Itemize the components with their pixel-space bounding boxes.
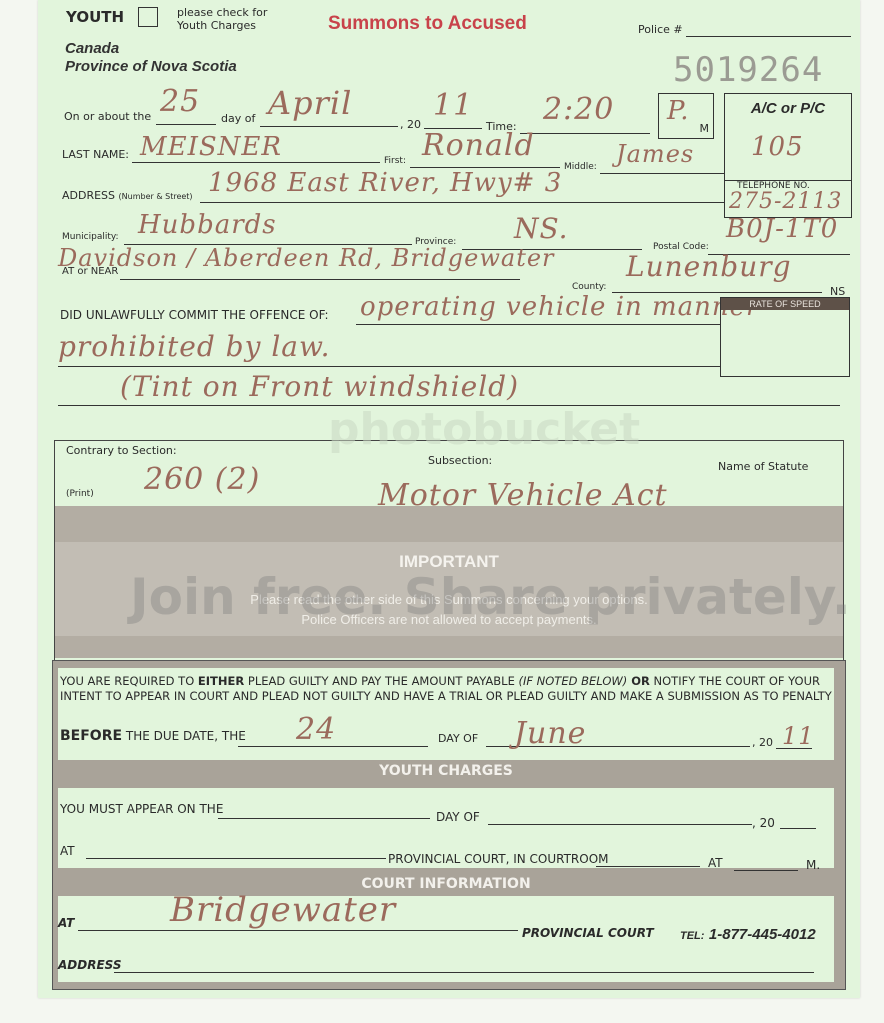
at-near-value: Davidson / Aberdeen Rd, Bridgewater <box>58 244 555 272</box>
postal-code-value: B0J-1T0 <box>726 214 838 244</box>
middle-name-field[interactable] <box>600 173 724 174</box>
appear-year-prefix: , 20 <box>752 816 775 830</box>
youth-label: YOUTH <box>66 8 124 26</box>
time-field[interactable] <box>520 133 650 134</box>
offence-label: DID UNLAWFULLY COMMIT THE OFFENCE OF: <box>60 308 329 322</box>
plea-text-a: YOU ARE REQUIRED TO <box>60 674 198 688</box>
appear-time-at-label: AT <box>708 856 723 870</box>
at-near-field[interactable] <box>120 279 520 280</box>
day-field[interactable] <box>156 124 216 125</box>
court-address-field[interactable] <box>114 972 814 973</box>
youth-charges-heading: YOUTH CHARGES <box>58 760 834 782</box>
month-field[interactable] <box>260 126 398 127</box>
appear-m-label: M. <box>806 858 820 872</box>
important-panel: IMPORTANT Please read the other side of … <box>55 542 843 636</box>
offence-line-2[interactable] <box>58 366 720 367</box>
ac-pc-box[interactable]: A/C or P/C 105 <box>724 93 852 181</box>
court-at-value: Bridgewater <box>170 890 396 930</box>
plea-text-if-noted: (IF NOTED BELOW) <box>519 674 628 688</box>
ac-pc-label: A/C or P/C <box>725 100 851 117</box>
province-name: Province of Nova Scotia <box>65 58 237 76</box>
ampm-box[interactable]: P. M <box>658 93 714 139</box>
appear-at-field[interactable] <box>86 858 386 859</box>
court-telephone: TEL: 1-877-445-4012 <box>680 926 816 944</box>
appear-at-label: AT <box>60 844 75 858</box>
address-field[interactable] <box>200 202 724 203</box>
youth-note: please check for Youth Charges <box>177 6 267 32</box>
appear-month-field[interactable] <box>488 824 752 825</box>
courtroom-field[interactable] <box>596 866 700 867</box>
address-value: 1968 East River, Hwy# 3 <box>208 168 562 198</box>
youth-note-line2: Youth Charges <box>177 19 267 32</box>
offence-value-1: operating vehicle in manner <box>360 292 759 322</box>
appear-year-field[interactable] <box>780 828 816 829</box>
youth-checkbox[interactable] <box>138 7 158 27</box>
jurisdiction: Canada Province of Nova Scotia <box>65 40 237 76</box>
due-year-value: 11 <box>782 722 815 750</box>
province-value: NS. <box>514 212 569 245</box>
offence-line-1[interactable] <box>356 324 720 325</box>
due-day-of-label: DAY OF <box>438 732 478 745</box>
youth-charges-section: YOU MUST APPEAR ON THE DAY OF , 20 AT PR… <box>58 788 834 868</box>
day-of-label: day of <box>221 112 255 125</box>
last-name-label: LAST NAME: <box>62 148 129 161</box>
plea-text-or: OR <box>627 674 650 688</box>
court-address-label: ADDRESS <box>58 958 122 972</box>
ticket-number: 5019264 <box>673 50 823 90</box>
rate-of-speed-value <box>721 310 849 376</box>
due-month-value: June <box>514 716 586 751</box>
year-prefix: , 20 <box>400 118 421 131</box>
print-label: (Print) <box>66 489 94 499</box>
county-label: County: <box>572 282 606 292</box>
plea-text-f: NOTIFY THE COURT OF YOUR <box>650 674 820 688</box>
plea-text-c: PLEAD GUILTY AND PAY THE AMOUNT PAYABLE <box>244 674 518 688</box>
due-day-value: 24 <box>296 712 336 747</box>
telephone-value: 275-2113 <box>729 189 842 214</box>
country: Canada <box>65 40 237 58</box>
provincial-court-label: PROVINCIAL COURT <box>522 926 654 940</box>
offence-line-3[interactable] <box>58 405 840 406</box>
important-heading: IMPORTANT <box>55 552 843 572</box>
ac-pc-value: 105 <box>751 132 804 162</box>
telephone-box[interactable]: TELEPHONE NO. 275-2113 <box>724 179 852 218</box>
address-sub-label: (Number & Street) <box>119 192 193 201</box>
time-value: 2:20 <box>543 92 614 127</box>
police-number-field[interactable] <box>686 36 851 37</box>
subsection-label: Subsection: <box>428 454 492 467</box>
middle-name-value: James <box>616 140 694 168</box>
appear-day-of-label: DAY OF <box>436 810 480 824</box>
tel-value: 1-877-445-4012 <box>709 926 816 943</box>
appear-day-field[interactable] <box>218 818 430 819</box>
year-value: 11 <box>433 88 473 123</box>
ampm-value: P. <box>667 96 690 126</box>
month-value: April <box>268 84 352 122</box>
before-label: BEFORE THE DUE DATE, THE <box>60 728 246 744</box>
plea-text-line-2: INTENT TO APPEAR IN COURT AND PLEAD NOT … <box>60 689 832 703</box>
court-at-label: AT <box>58 916 74 930</box>
police-number-label: Police # <box>638 23 683 36</box>
plea-section: YOU ARE REQUIRED TO EITHER PLEAD GUILTY … <box>58 668 834 760</box>
on-about-label: On or about the <box>64 110 151 123</box>
rate-of-speed-label: RATE OF SPEED <box>721 298 849 310</box>
last-name-value: MEISNER <box>140 132 282 162</box>
due-year-prefix: , 20 <box>752 736 773 749</box>
municipality-value: Hubbards <box>138 210 277 240</box>
day-value: 25 <box>160 84 200 119</box>
address-label: ADDRESS (Number & Street) <box>62 189 193 202</box>
offence-value-2: prohibited by law. <box>58 330 331 363</box>
last-name-field[interactable] <box>132 162 380 163</box>
important-line-2: Police Officers are not allowed to accep… <box>55 612 843 627</box>
plea-text-either: EITHER <box>198 674 244 688</box>
important-band-top <box>55 506 843 542</box>
court-info-section: AT Bridgewater PROVINCIAL COURT TEL: 1-8… <box>58 896 834 982</box>
rate-of-speed-box[interactable]: RATE OF SPEED <box>720 297 850 377</box>
section-label: Contrary to Section: <box>66 444 177 457</box>
first-name-value: Ronald <box>422 128 535 163</box>
form-title: Summons to Accused <box>328 13 527 35</box>
court-courtroom-label: PROVINCIAL COURT, IN COURTROOM <box>388 852 609 866</box>
tel-label: TEL: <box>680 930 704 942</box>
section-value: 260 (2) <box>144 462 260 497</box>
statute-name-label: Name of Statute <box>718 460 808 473</box>
important-band-bottom <box>55 636 843 658</box>
summons-form: YOUTH please check for Youth Charges Sum… <box>38 0 860 998</box>
important-line-1: Please read the other side of this Summo… <box>55 592 843 607</box>
court-at-field[interactable] <box>78 930 518 931</box>
before-bold: BEFORE <box>60 728 122 744</box>
plea-text-line-1: YOU ARE REQUIRED TO EITHER PLEAD GUILTY … <box>60 674 820 688</box>
middle-label: Middle: <box>564 162 597 172</box>
address-label-text: ADDRESS <box>62 189 115 202</box>
appear-time-field[interactable] <box>734 870 798 871</box>
first-label: First: <box>384 156 406 166</box>
m-label: M <box>700 122 710 135</box>
offence-value-3: (Tint on Front windshield) <box>120 370 519 403</box>
due-date-label: THE DUE DATE, THE <box>122 729 246 743</box>
county-value: Lunenburg <box>626 250 792 283</box>
municipality-label: Municipality: <box>62 232 119 242</box>
appear-label: YOU MUST APPEAR ON THE <box>60 802 223 816</box>
youth-note-line1: please check for <box>177 6 267 19</box>
